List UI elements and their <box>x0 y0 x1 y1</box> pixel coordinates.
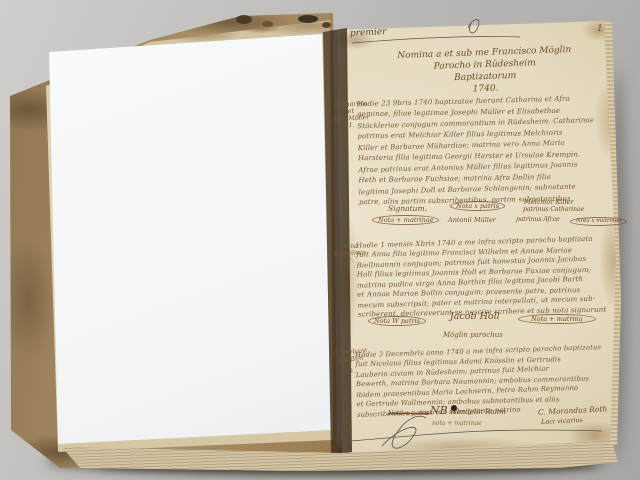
archive-photo-open-register: premier 1 Nomina a et sub me Francisco M… <box>0 0 640 480</box>
flourish-strokes <box>0 0 640 480</box>
